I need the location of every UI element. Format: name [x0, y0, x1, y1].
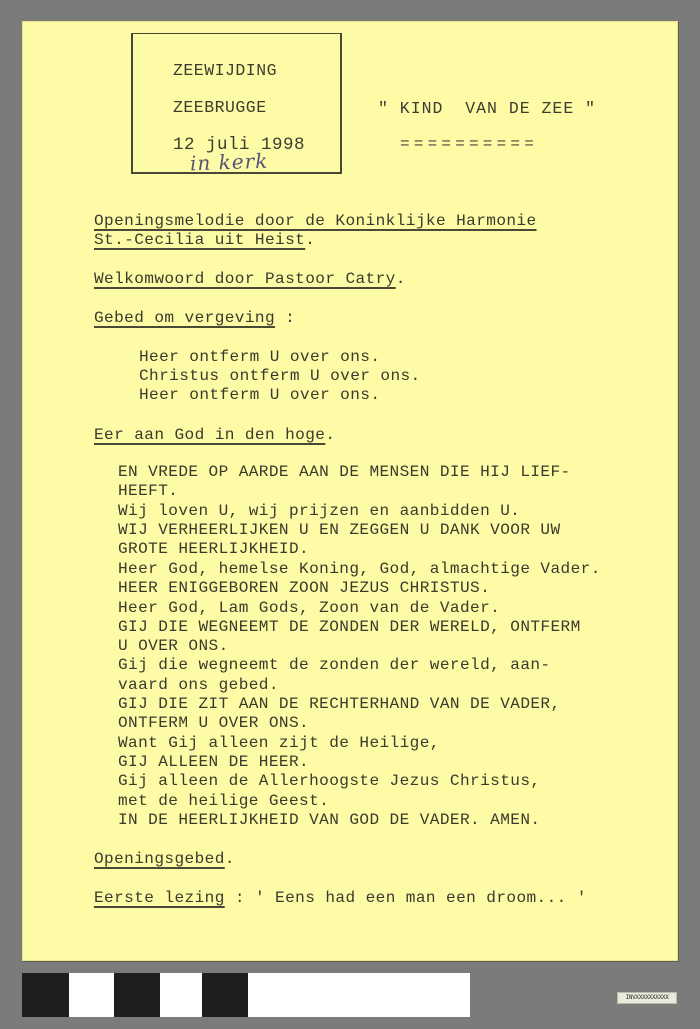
- text-line: Wij loven U, wij prijzen en aanbidden U.: [118, 503, 520, 519]
- black-calibration-patch: [114, 973, 160, 1017]
- section-heading: St.-Cecilia uit Heist.: [94, 232, 315, 248]
- text-line: GROTE HEERLIJKHEID.: [118, 541, 309, 557]
- text-line: ONTFERM U OVER ONS.: [118, 715, 309, 731]
- text-line: EN VREDE OP AARDE AAN DE MENSEN DIE HIJ …: [118, 464, 571, 480]
- heading-text: Openingsmelodie door de Koninklijke Harm…: [94, 212, 537, 230]
- heading-tail: .: [396, 270, 406, 288]
- text-line: Want Gij alleen zijt de Heilige,: [118, 735, 440, 751]
- event-location: ZEEBRUGGE: [173, 98, 267, 117]
- text-line: vaard ons gebed.: [118, 677, 279, 693]
- white-calibration-patch: [248, 973, 470, 1017]
- document-page: ZEEWIJDING ZEEBRUGGE 12 juli 1998 in ker…: [22, 21, 678, 961]
- text-line: Heer ontferm U over ons.: [139, 349, 380, 365]
- text-line: Heer God, Lam Gods, Zoon van de Vader.: [118, 600, 500, 616]
- section-heading: Eerste lezing : ' Eens had een man een d…: [94, 890, 587, 906]
- section-heading: Eer aan God in den hoge.: [94, 427, 335, 443]
- event-name: ZEEWIJDING: [173, 61, 277, 80]
- text-line: HEEFT.: [118, 483, 178, 499]
- text-line: GIJ DIE WEGNEEMT DE ZONDEN DER WERELD, O…: [118, 619, 581, 635]
- text-line: IN DE HEERLIJKHEID VAN GOD DE VADER. AME…: [118, 812, 540, 828]
- calibration-strip: [22, 973, 470, 1017]
- text-line: U OVER ONS.: [118, 638, 229, 654]
- text-line: HEER ENIGGEBOREN ZOON JEZUS CHRISTUS.: [118, 580, 490, 596]
- heading-text: Welkomwoord door Pastoor Catry: [94, 270, 396, 288]
- section-heading: Welkomwoord door Pastoor Catry.: [94, 271, 406, 287]
- white-calibration-patch: [69, 973, 114, 1017]
- title-underline-rule: ==========: [400, 135, 538, 153]
- white-calibration-patch: [160, 973, 202, 1017]
- heading-tail: : ' Eens had een man een droom... ': [225, 889, 587, 907]
- text-line: GIJ DIE ZIT AAN DE RECHTERHAND VAN DE VA…: [118, 696, 561, 712]
- black-calibration-patch: [22, 973, 69, 1017]
- heading-text: Openingsgebed: [94, 850, 225, 868]
- black-calibration-patch: [202, 973, 248, 1017]
- heading-tail: .: [225, 850, 235, 868]
- section-heading: Openingsmelodie door de Koninklijke Harm…: [94, 213, 537, 229]
- heading-text: Eerste lezing: [94, 889, 225, 907]
- text-line: Christus ontferm U over ons.: [139, 368, 421, 384]
- text-line: Gij die wegneemt de zonden der wereld, a…: [118, 657, 551, 673]
- text-line: Heer God, hemelse Koning, God, almachtig…: [118, 561, 601, 577]
- document-title: " KIND VAN DE ZEE ": [378, 99, 596, 118]
- heading-tail: .: [305, 231, 315, 249]
- handwritten-note: in kerk: [190, 149, 269, 176]
- heading-tail: .: [325, 426, 335, 444]
- text-line: WIJ VERHEERLIJKEN U EN ZEGGEN U DANK VOO…: [118, 522, 561, 538]
- scan-viewer: { "header": { "stamp_lines": ["ZEEWIJDIN…: [0, 0, 700, 1029]
- text-line: GIJ ALLEEN DE HEER.: [118, 754, 309, 770]
- inventory-label: INVXXXXXXXXXX: [617, 992, 677, 1004]
- text-line: Heer ontferm U over ons.: [139, 387, 380, 403]
- section-heading: Gebed om vergeving :: [94, 310, 295, 326]
- text-line: met de heilige Geest.: [118, 793, 329, 809]
- section-heading: Openingsgebed.: [94, 851, 235, 867]
- heading-text: St.-Cecilia uit Heist: [94, 231, 305, 249]
- event-info-box: ZEEWIJDING ZEEBRUGGE 12 juli 1998 in ker…: [131, 33, 342, 174]
- heading-text: Gebed om vergeving: [94, 309, 275, 327]
- text-line: Gij alleen de Allerhoogste Jezus Christu…: [118, 773, 540, 789]
- heading-text: Eer aan God in den hoge: [94, 426, 325, 444]
- heading-tail: :: [275, 309, 295, 327]
